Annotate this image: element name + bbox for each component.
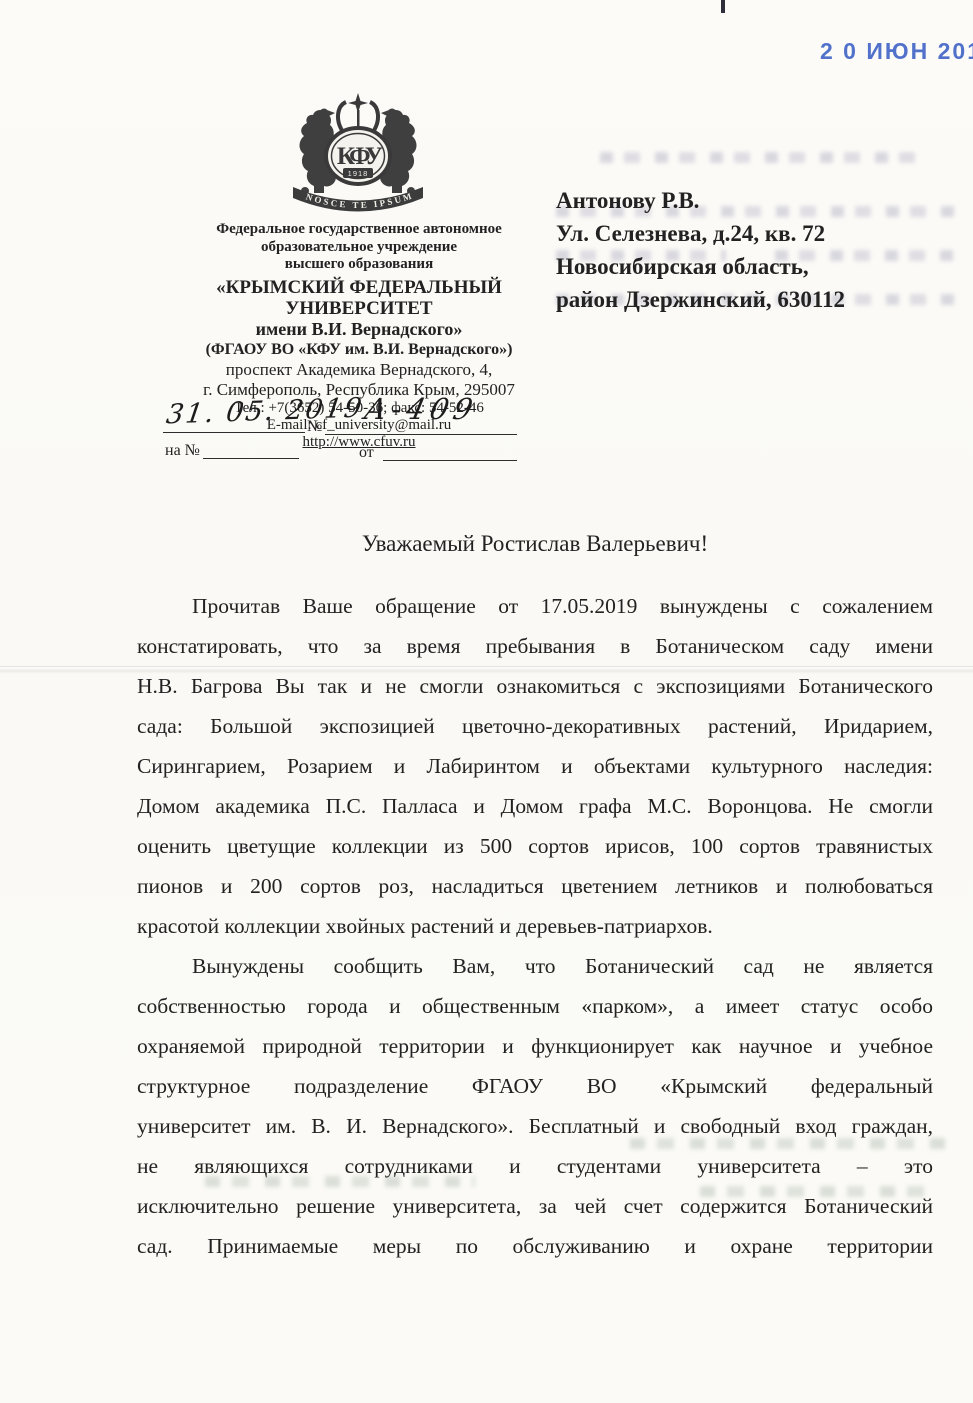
letter-page: 2 0 ИЮН 2019 <box>0 0 973 1403</box>
bleed-through-text <box>600 152 920 163</box>
recipient-region: Новосибирская область, <box>556 250 966 283</box>
org-name-line: имени В.И. Вернадского» <box>158 319 560 340</box>
reply-ref-label: на № <box>165 442 200 460</box>
body-line: не являющихся сотрудниками и студентами … <box>137 1146 933 1186</box>
org-name-line: высшего образования <box>158 256 560 274</box>
body-line: констатировать, что за время пребывания … <box>137 626 933 666</box>
reply-date-underline <box>383 460 517 461</box>
body-line: красотой коллекции хвойных растений и де… <box>137 906 933 946</box>
received-date-stamp: 2 0 ИЮН 2019 <box>820 38 970 65</box>
outgoing-date-handwritten: 31. 05. 2019 <box>164 393 365 431</box>
body-line: охраняемой природной территории и функци… <box>137 1026 933 1066</box>
body-line: исключительно решение университета, за ч… <box>137 1186 933 1226</box>
university-emblem: КФУ 1918 NOSCE TE IPSUM <box>282 92 434 224</box>
emblem-monogram: КФУ <box>337 143 383 170</box>
number-sign-label: № <box>307 418 322 436</box>
body-line: собственностью города и общественным «па… <box>137 986 933 1026</box>
body-line: сада: Большой экспозицией цветочно-декор… <box>137 706 933 746</box>
org-name-line: «КРЫМСКИЙ ФЕДЕРАЛЬНЫЙ УНИВЕРСИТЕТ <box>158 274 560 319</box>
scan-edge-mark <box>721 0 725 13</box>
body-line: Н.В. Багрова Вы так и не смогли ознакоми… <box>137 666 933 706</box>
from-label: от <box>359 444 374 462</box>
number-underline <box>325 434 517 435</box>
org-name-line: (ФГАОУ ВО «КФУ им. В.И. Вернадского») <box>158 340 560 360</box>
body-line: пионов и 200 сортов роз, насладиться цве… <box>137 866 933 906</box>
coat-of-arms-icon: КФУ 1918 NOSCE TE IPSUM <box>282 92 434 224</box>
org-name-line: Федеральное государственное автономное <box>158 221 560 239</box>
body-line: Прочитав Ваше обращение от 17.05.2019 вы… <box>137 586 933 626</box>
reply-number-underline <box>203 458 299 459</box>
emblem-year: 1918 <box>348 169 369 178</box>
org-name-line: образовательное учреждение <box>158 239 560 257</box>
org-address-line: проспект Академика Вернадского, 4, <box>158 360 560 380</box>
recipient-district: район Дзержинский, 630112 <box>556 283 966 316</box>
body-line: Сирингарием, Розарием и Лабиринтом и объ… <box>137 746 933 786</box>
salutation: Уважаемый Ростислав Валерьевич! <box>137 531 933 557</box>
recipient-street: Ул. Селезнева, д.24, кв. 72 <box>556 217 966 250</box>
reference-block: 31. 05. 2019 № А-409 на № от <box>137 394 557 474</box>
recipient-name: Антонову Р.В. <box>556 184 966 217</box>
body-line: Вынуждены сообщить Вам, что Ботанический… <box>137 946 933 986</box>
outgoing-number-handwritten: А-409 <box>361 392 480 426</box>
letter-body: Прочитав Ваше обращение от 17.05.2019 вы… <box>137 586 933 1266</box>
body-line: структурное подразделение ФГАОУ ВО «Крым… <box>137 1066 933 1106</box>
body-line: оценить цветущие коллекции из 500 сортов… <box>137 826 933 866</box>
recipient-block: Антонову Р.В. Ул. Селезнева, д.24, кв. 7… <box>556 184 966 316</box>
body-line: Домом академика П.С. Палласа и Домом гра… <box>137 786 933 826</box>
date-underline <box>163 432 305 433</box>
body-line: университет им. В. И. Вернадского». Бесп… <box>137 1106 933 1146</box>
body-line: сад. Принимаемые меры по обслуживанию и … <box>137 1226 933 1266</box>
